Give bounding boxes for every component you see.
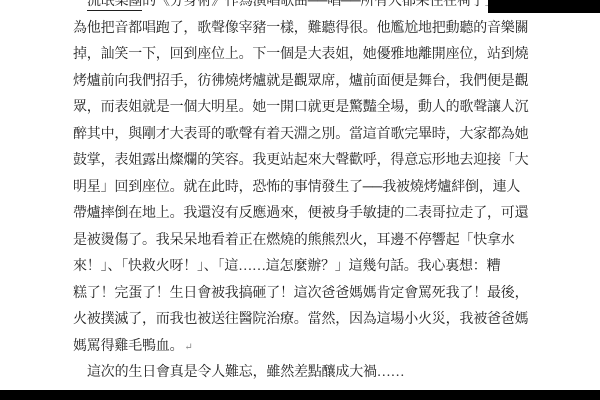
text-line: 帶爐摔倒在地上。我還沒有反應過來，便被身手敏捷的二表哥拉走了，可還 xyxy=(73,201,542,228)
text-line: 鼓掌，表姐露出燦爛的笑容。我更站起來大聲歡呼，得意忘形地去迎接「大 xyxy=(73,148,542,175)
text-line: 火被撲滅了，而我也被送往醫院治療。當然，因為這場小火災，我被爸爸媽 xyxy=(73,307,542,334)
top-right-black-patch xyxy=(488,0,600,13)
paragraph-mark: ↵ xyxy=(184,342,192,353)
text-line: 是被燙傷了。我呆呆地看着正在燃燒的熊熊烈火，耳邊不停響起「快拿水 xyxy=(73,228,542,255)
text-line: 醉其中，與剛才大表哥的歌聲有着天淵之別。當這首歌完畢時，大家都為她 xyxy=(73,122,542,149)
text-line: 烤爐前向我們招手，彷彿燒烤爐就是觀眾席，爐前面便是舞台，我們便是觀 xyxy=(73,69,542,96)
text-line: 眾，而表姐就是一個大明星。她一開口就更是驚豔全場，動人的歌聲讓人沉 xyxy=(73,95,542,122)
paragraph-last-line: 媽罵得雞毛鴨血。↵ xyxy=(73,334,542,361)
text-line: 為他把音都唱跑了，歌聲像宰豬一樣，難聽得很。他尷尬地把動聽的音樂關 xyxy=(73,16,542,43)
text-line: 掉，訕笑一下，回到座位上。下一個是大表姐，她優雅地離開座位，站到燒 xyxy=(73,42,542,69)
clipped-top-line-rest: 的《分身術》作為演唱歌曲──唱──所有人都呆住在椅子上──因 xyxy=(142,0,532,9)
last-line-text: 媽罵得雞毛鴨血。 xyxy=(73,339,183,354)
text-line: 來！」、「快救火呀！」、「這……這怎麼辦？」這幾句話。我心裏想：糟 xyxy=(73,254,542,281)
text-block: 流氓樂團的《分身術》作為演唱歌曲──唱──所有人都呆住在椅子上──因 為他把音都… xyxy=(0,0,600,387)
text-line: 糕了！完蛋了！生日會被我搞砸了！這次爸爸媽媽肯定會罵死我了！最後， xyxy=(73,281,542,308)
proper-noun-underline: 流氓樂團 xyxy=(87,0,142,11)
clipped-top-line: 流氓樂團的《分身術》作為演唱歌曲──唱──所有人都呆住在椅子上──因 xyxy=(87,0,542,16)
document-page: 流氓樂團的《分身術》作為演唱歌曲──唱──所有人都呆住在椅子上──因 為他把音都… xyxy=(0,0,600,400)
bottom-black-bar xyxy=(0,390,600,400)
clipped-bottom-line: 這次的生日會真是令人難忘，雖然差點釀成大禍…… xyxy=(87,360,542,387)
text-line: 明星」回到座位。就在此時，恐怖的事情發生了──我被燒烤爐絆倒，連人 xyxy=(73,175,542,202)
